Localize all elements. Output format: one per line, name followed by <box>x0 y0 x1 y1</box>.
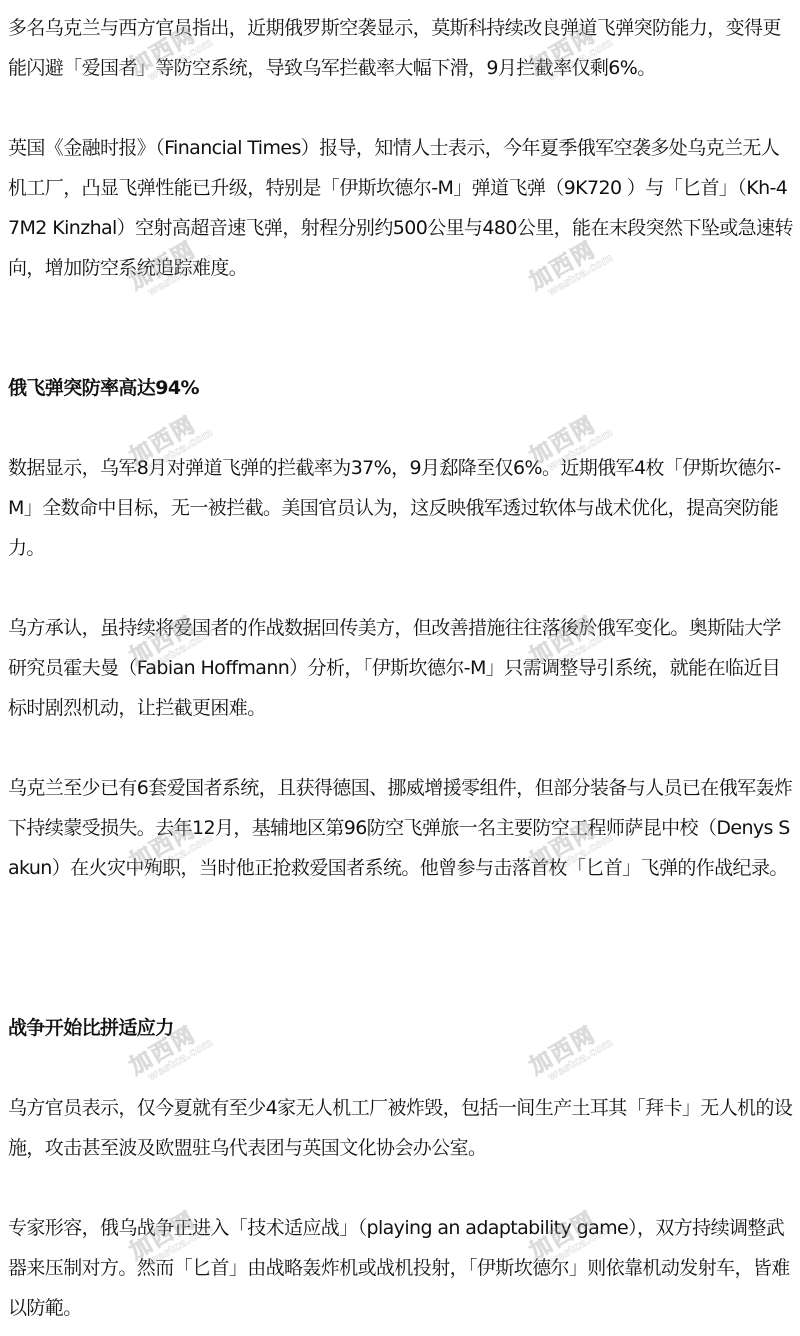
section-2-paragraph-2: 专家形容，俄乌战争正进入「技术适应战」（playing an adaptabil… <box>8 1208 794 1328</box>
section-1-paragraph-3: 乌克兰至少已有6套爱国者系统，且获得德国、挪威增援零组件，但部分装备与人员已在俄… <box>8 768 794 888</box>
section-heading-2: 战争开始比拼适应力 <box>8 1008 174 1048</box>
section-1-paragraph-1: 数据显示，乌军8月对弹道飞弹的拦截率为37%，9月郄降至仅6%。近期俄军4枚「伊… <box>8 448 794 568</box>
section-heading-1: 俄飞弹突防率高达94% <box>8 368 199 408</box>
paragraph-intro-2: 英国《金融时报》（Financial Times）报导，知情人士表示，今年夏季俄… <box>8 128 794 288</box>
section-2-paragraph-1: 乌方官员表示，仅今夏就有至少4家无人机工厂被炸毁，包括一间生产土耳其「拜卡」无人… <box>8 1088 794 1168</box>
paragraph-intro-1: 多名乌克兰与西方官员指出，近期俄罗斯空袭显示，莫斯科持续改良弹道飞弹突防能力，变… <box>8 8 794 88</box>
section-1-paragraph-2: 乌方承认，虽持续将爱国者的作战数据回传美方，但改善措施往往落後於俄军变化。奥斯陆… <box>8 608 794 728</box>
